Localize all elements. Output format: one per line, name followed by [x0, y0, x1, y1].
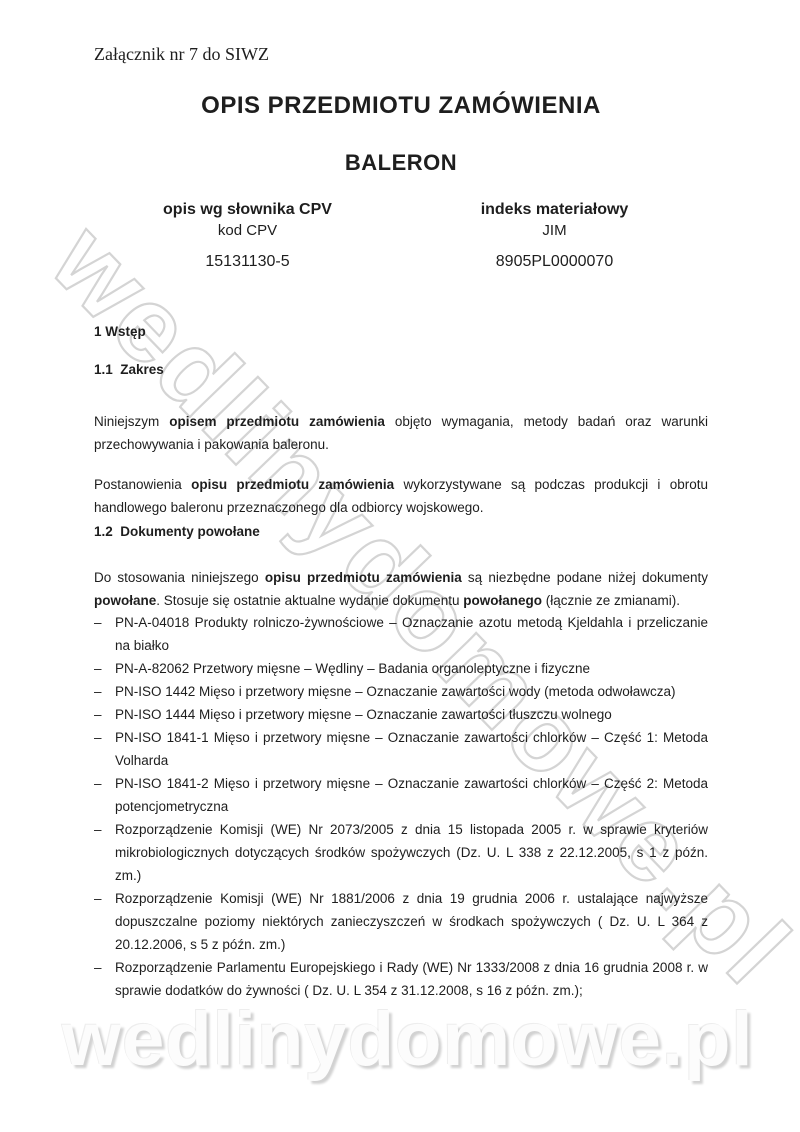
list-item: – PN-ISO 1841-1 Mięso i przetwory mięsne…	[94, 726, 708, 772]
list-item-text: PN-A-82062 Przetwory mięsne – Wędliny – …	[115, 657, 708, 680]
list-item-dash: –	[94, 611, 115, 657]
jim-column: indeks materiałowy JIM 8905PL0000070	[401, 201, 708, 271]
list-item-text: PN-ISO 1444 Mięso i przetwory mięsne – O…	[115, 703, 708, 726]
attachment-note: Załącznik nr 7 do SIWZ	[94, 44, 708, 65]
list-item: – PN-ISO 1841-2 Mięso i przetwory mięsne…	[94, 772, 708, 818]
list-item: – PN-A-04018 Produkty rolniczo-żywnościo…	[94, 611, 708, 657]
jim-label: indeks materiałowy	[401, 201, 708, 219]
list-item: – PN-ISO 1442 Mięso i przetwory mięsne –…	[94, 680, 708, 703]
list-item-text: PN-ISO 1841-1 Mięso i przetwory mięsne –…	[115, 726, 708, 772]
list-item-dash: –	[94, 657, 115, 680]
section-heading-zakres: 1.1 Zakres	[94, 362, 708, 377]
jim-sublabel: JIM	[401, 222, 708, 239]
list-item-dash: –	[94, 887, 115, 956]
list-item-dash: –	[94, 818, 115, 887]
list-item: – PN-A-82062 Przetwory mięsne – Wędliny …	[94, 657, 708, 680]
list-item-text: PN-A-04018 Produkty rolniczo-żywnościowe…	[115, 611, 708, 657]
list-item-dash: –	[94, 772, 115, 818]
paragraph-zakres-2: Postanowienia opisu przedmiotu zamówieni…	[94, 473, 708, 519]
codes-row: opis wg słownika CPV kod CPV 15131130-5 …	[94, 201, 708, 271]
list-item: – Rozporządzenie Parlamentu Europejskieg…	[94, 956, 708, 1002]
list-item: – PN-ISO 1444 Mięso i przetwory mięsne –…	[94, 703, 708, 726]
list-item-text: Rozporządzenie Komisji (WE) Nr 1881/2006…	[115, 887, 708, 956]
list-item-text: PN-ISO 1442 Mięso i przetwory mięsne – O…	[115, 680, 708, 703]
paragraph-zakres-1: Niniejszym opisem przedmiotu zamówienia …	[94, 410, 708, 456]
list-item-text: Rozporządzenie Parlamentu Europejskiego …	[115, 956, 708, 1002]
section-heading-wstep: 1 Wstęp	[94, 324, 708, 339]
cpv-column: opis wg słownika CPV kod CPV 15131130-5	[94, 201, 401, 271]
cpv-label: opis wg słownika CPV	[94, 201, 401, 219]
cpv-code-value: 15131130-5	[94, 253, 401, 271]
list-item-text: Rozporządzenie Komisji (WE) Nr 2073/2005…	[115, 818, 708, 887]
list-item-text: PN-ISO 1841-2 Mięso i przetwory mięsne –…	[115, 772, 708, 818]
jim-code-value: 8905PL0000070	[401, 253, 708, 271]
document-page: wedlinydomowe.pl wedlinydomowe.pl Załącz…	[0, 0, 800, 1132]
document-title: OPIS PRZEDMIOTU ZAMÓWIENIA	[94, 92, 708, 120]
list-item-dash: –	[94, 726, 115, 772]
bottom-watermark-text: wedlinydomowe.pl	[62, 996, 754, 1083]
paragraph-dokumenty-intro: Do stosowania niniejszego opisu przedmio…	[94, 566, 708, 612]
cpv-sublabel: kod CPV	[94, 222, 401, 239]
list-item: – Rozporządzenie Komisji (WE) Nr 1881/20…	[94, 887, 708, 956]
product-name: BALERON	[94, 150, 708, 176]
references-list: – PN-A-04018 Produkty rolniczo-żywnościo…	[94, 611, 708, 1002]
list-item-dash: –	[94, 703, 115, 726]
section-heading-dokumenty: 1.2 Dokumenty powołane	[94, 524, 708, 539]
list-item: – Rozporządzenie Komisji (WE) Nr 2073/20…	[94, 818, 708, 887]
list-item-dash: –	[94, 956, 115, 1002]
list-item-dash: –	[94, 680, 115, 703]
